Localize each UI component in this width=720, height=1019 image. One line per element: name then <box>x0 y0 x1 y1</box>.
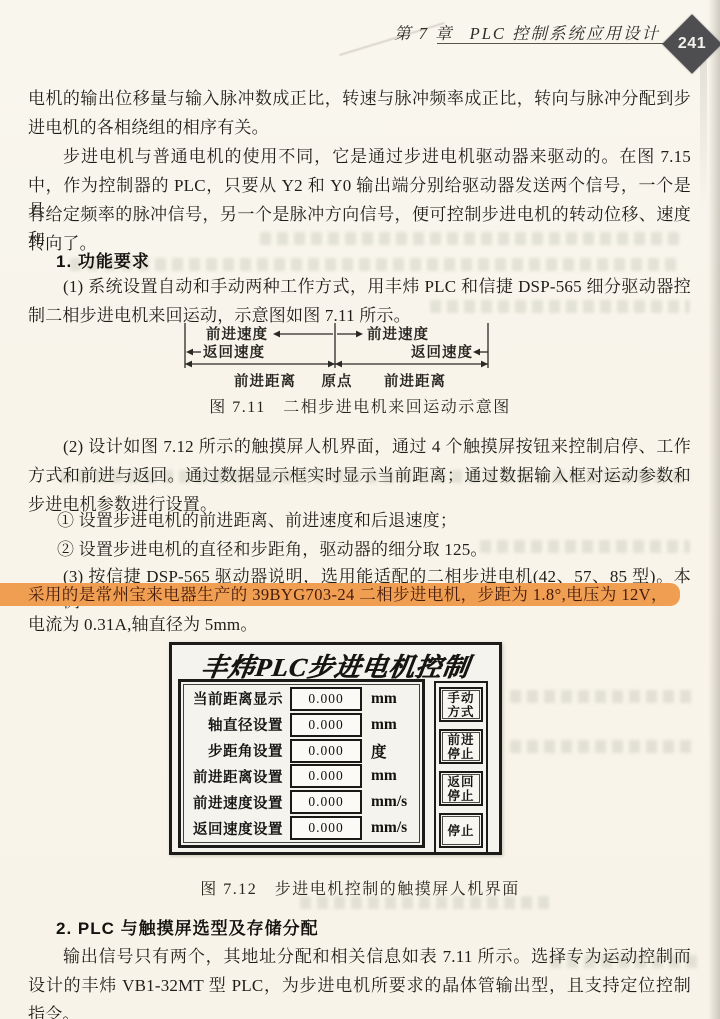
body-line: (1) 系统设置自动和手动两种工作方式，用丰炜 PLC 和信捷 DSP-565 … <box>28 272 691 296</box>
chapter-header: 第 7 章PLC 控制系统应用设计 <box>330 20 660 44</box>
section-heading-2: 2. PLC 与触摸屏选型及存储分配 <box>56 914 319 939</box>
hmi-forward-speed-input: 0.000 <box>290 790 362 814</box>
hmi-return-speed-input: 0.000 <box>290 816 362 840</box>
body-line: 电机的输出位移量与输入脉冲数成正比，转速与脉冲频率成正比，转向与脉冲分配到步 <box>28 84 691 108</box>
body-line: 电流为 0.31A,轴直径为 5mm。 <box>28 610 691 634</box>
showthrough-artifact <box>510 740 695 753</box>
hmi-forward-speed-label: 前进速度设置 <box>187 792 283 813</box>
hmi-step-angle-label: 步距角设置 <box>187 740 283 761</box>
hmi-button-column: 手动 方式 前进 停止 返回 停止 停止 <box>434 681 488 854</box>
diagram-label: 原点 <box>322 372 353 390</box>
diagram-label: 前进距离 <box>234 372 296 390</box>
diagram-label: 前进速度 <box>206 325 268 343</box>
page-number: 241 <box>671 35 713 53</box>
body-line: 中，作为控制器的 PLC，只要从 Y2 和 Y0 输出端分别给驱动器发送两个信号… <box>28 171 691 195</box>
diagram-label: 返回速度 <box>411 343 473 361</box>
hmi-parameter-panel: 当前距离显示 0.000 mm 轴直径设置 0.000 mm 步距角设置 0.0… <box>178 679 425 848</box>
hmi-shaft-diameter-input: 0.000 <box>290 713 362 737</box>
body-line: 指令。 <box>28 1000 691 1019</box>
hmi-button-forward-stop: 前进 停止 <box>439 729 483 764</box>
body-line: (2) 设计如图 7.12 所示的触摸屏人机界面，通过 4 个触摸屏按钮来控制启… <box>28 432 691 456</box>
hmi-button-label: 手动 <box>447 691 474 705</box>
list-item: ② 设置步进电机的直径和步距角，驱动器的细分取 125。 <box>28 535 691 559</box>
hmi-return-speed-label: 返回速度设置 <box>187 818 283 839</box>
hmi-button-label: 前进 <box>447 733 474 747</box>
hmi-row: 返回速度设置 0.000 mm/s <box>187 816 416 840</box>
hmi-row: 前进速度设置 0.000 mm/s <box>187 790 416 814</box>
hmi-unit: mm/s <box>371 819 407 837</box>
hmi-figure: 丰炜PLC步进电机控制 当前距离显示 0.000 mm 轴直径设置 0.000 … <box>169 642 502 855</box>
hmi-button-label: 方式 <box>447 705 474 719</box>
hmi-unit: mm <box>371 716 397 734</box>
hmi-button-stop: 停止 <box>439 813 483 848</box>
diagram-label: 返回速度 <box>203 343 265 361</box>
list-item: ① 设置步进电机的前进距离、前进速度和后退速度； <box>28 506 691 530</box>
hmi-row: 前进距离设置 0.000 mm <box>187 764 416 788</box>
hmi-row: 当前距离显示 0.000 mm <box>187 687 416 711</box>
hmi-unit: mm <box>371 690 397 708</box>
section-heading-1: 1. 功能要求 <box>56 247 150 272</box>
hmi-current-distance-label: 当前距离显示 <box>187 688 283 709</box>
body-line: 输出信号只有两个，其地址分配和相关信息如表 7.11 所示。选择专为运动控制而 <box>28 942 691 966</box>
hmi-unit: mm <box>371 767 397 785</box>
body-line: 设计的丰炜 VB1-32MT 型 PLC，为步进电机所要求的晶体管输出型，且支持… <box>28 971 691 995</box>
scan-streak <box>700 60 707 210</box>
hmi-row: 轴直径设置 0.000 mm <box>187 713 416 737</box>
hmi-button-label: 返回 <box>447 775 474 789</box>
hmi-button-return-stop: 返回 停止 <box>439 771 483 806</box>
hmi-forward-distance-input: 0.000 <box>290 764 362 788</box>
hmi-button-label: 停止 <box>447 789 474 803</box>
hmi-current-distance-display: 0.000 <box>290 687 362 711</box>
figure-7-12-caption: 图 7.12 步进电机控制的触摸屏人机界面 <box>0 876 720 899</box>
diagram-label: 前进距离 <box>384 372 446 390</box>
book-page: 第 7 章PLC 控制系统应用设计 241 电机的输出位移量与输入脉冲数成正比，… <box>0 0 720 1019</box>
body-line: 步进电机与普通电机的使用不同，它是通过步进电机驱动器来驱动的。在图 7.15 <box>28 142 691 166</box>
body-line: 方式和前进与返回。通过数据显示框实时显示当前距离；通过数据输入框对运动参数和 <box>28 461 691 485</box>
hmi-unit: 度 <box>371 740 387 762</box>
chapter-number: 第 7 章 <box>394 24 454 43</box>
showthrough-artifact <box>70 258 680 271</box>
motion-diagram: 前进速度 前进速度 返回速度 返回速度 前进距离 原点 前进距离 <box>170 318 500 394</box>
hmi-shaft-diameter-label: 轴直径设置 <box>187 714 283 735</box>
diagram-label: 前进速度 <box>367 325 429 343</box>
chapter-title: PLC 控制系统应用设计 <box>470 24 660 43</box>
body-line: 有给定频率的脉冲信号，另一个是脉冲方向信号，便可控制步进电机的转动位移、速度和 <box>28 200 691 224</box>
figure-7-11-caption: 图 7.11 二相步进电机来回运动示意图 <box>0 394 720 417</box>
hmi-button-manual-mode: 手动 方式 <box>439 687 483 722</box>
hmi-forward-distance-label: 前进距离设置 <box>187 766 283 787</box>
hmi-row: 步距角设置 0.000 度 <box>187 739 416 763</box>
hmi-step-angle-input: 0.000 <box>290 739 362 763</box>
highlighted-text: 采用的是常州宝来电器生产的 39BYG703-24 二相步进电机，步距为 1.8… <box>0 583 680 606</box>
hmi-button-label: 停止 <box>447 747 474 761</box>
hmi-button-label: 停止 <box>447 824 474 838</box>
showthrough-artifact <box>510 690 695 703</box>
body-line: 进电机的各相绕组的相序有关。 <box>28 113 691 137</box>
hmi-unit: mm/s <box>371 793 407 811</box>
page-edge-shadow <box>708 0 720 1019</box>
